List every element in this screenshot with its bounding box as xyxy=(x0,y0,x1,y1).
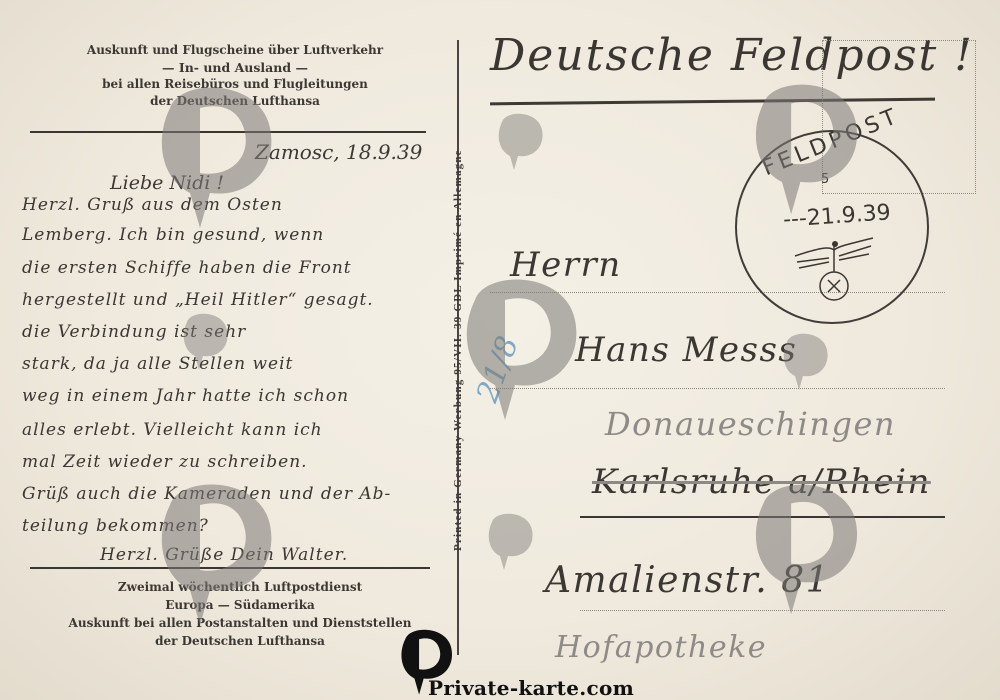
letter-line: alles erlebt. Vielleicht kann ich xyxy=(22,420,323,440)
watermark-site-name: Private-karte.com xyxy=(428,676,634,700)
eagle-emblem-icon xyxy=(789,232,879,312)
address-name: Hans Messs xyxy=(575,330,797,370)
letter-place-date: Zamosc, 18.9.39 xyxy=(255,140,422,164)
letter-line: die ersten Schiffe haben die Front xyxy=(22,258,352,278)
letter-line: weg in einem Jahr hatte ich schon xyxy=(22,386,349,406)
letter-line: Lemberg. Ich bin gesund, wenn xyxy=(22,225,324,245)
footer-line: der Deutschen Lufthansa xyxy=(30,632,450,650)
header-line: Auskunft und Flugscheine über Luftverkeh… xyxy=(30,42,440,59)
postcard: Auskunft und Flugscheine über Luftverkeh… xyxy=(0,0,1000,700)
watermark-small-logo-icon xyxy=(175,310,235,370)
watermark-logo-icon xyxy=(150,78,280,228)
watermark-small-logo-icon xyxy=(480,510,540,570)
watermark-logo-icon xyxy=(745,70,865,220)
header-line: — In- und Ausland — xyxy=(30,59,440,76)
letter-line: hergestellt und „Heil Hitler“ gesagt. xyxy=(22,290,374,310)
watermark-logo-icon xyxy=(455,270,585,420)
watermark-small-logo-icon xyxy=(490,110,550,170)
letter-line: mal Zeit wieder zu schreiben. xyxy=(22,452,308,472)
address-city-pencil: Donaueschingen xyxy=(605,405,896,443)
watermark-logo-icon xyxy=(745,470,865,620)
pencil-note: Hofapotheke xyxy=(555,630,767,665)
letter-line: stark, da ja alle Stellen weit xyxy=(22,354,293,374)
watermark-small-logo-icon xyxy=(775,330,835,390)
watermark-logo-icon xyxy=(150,475,280,625)
